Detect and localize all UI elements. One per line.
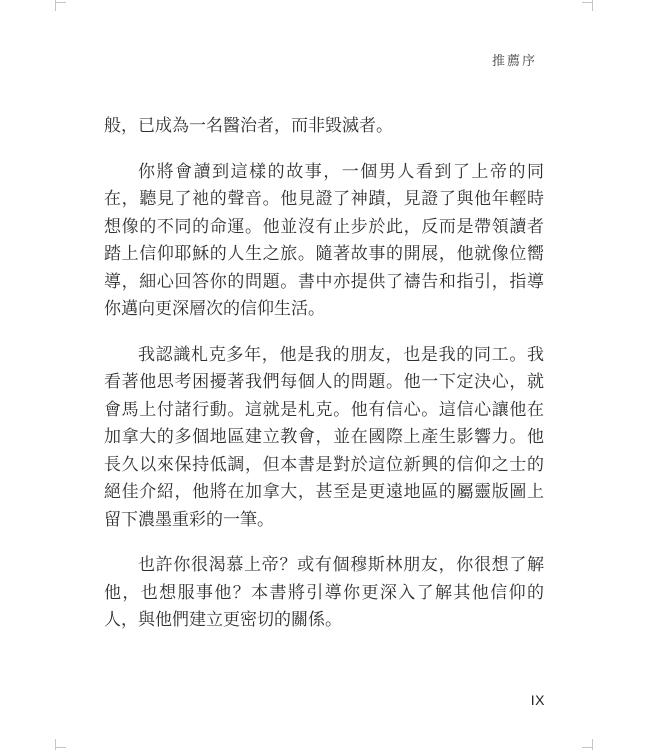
crop-mark-top-left-horizontal xyxy=(55,2,66,3)
body-paragraph: 也許你很渴慕上帝？或有個穆斯林朋友，你很想了解他，也想服事他？本書將引導你更深入… xyxy=(104,551,544,634)
crop-mark-bottom-right-vertical xyxy=(592,739,593,750)
running-header: 推薦序 xyxy=(492,50,537,69)
page-number: IX xyxy=(531,692,545,708)
book-page: { "page": { "running_header": "推薦序", "pa… xyxy=(0,0,650,750)
crop-mark-bottom-left-horizontal xyxy=(55,747,66,748)
crop-mark-bottom-left-vertical xyxy=(55,739,56,750)
body-paragraph: 我認識札克多年，他是我的朋友，也是我的同工。我看著他思考困擾著我們每個人的問題。… xyxy=(104,341,544,534)
crop-mark-top-right-horizontal xyxy=(582,2,593,3)
crop-mark-bottom-right-horizontal xyxy=(582,747,593,748)
body-text-block: 般，已成為一名醫治者，而非毀滅者。 你將會讀到這樣的故事，一個男人看到了上帝的同… xyxy=(104,112,544,634)
body-paragraph: 你將會讀到這樣的故事，一個男人看到了上帝的同在，聽見了祂的聲音。他見證了神蹟，見… xyxy=(104,158,544,323)
body-paragraph: 般，已成為一名醫治者，而非毀滅者。 xyxy=(104,112,544,140)
